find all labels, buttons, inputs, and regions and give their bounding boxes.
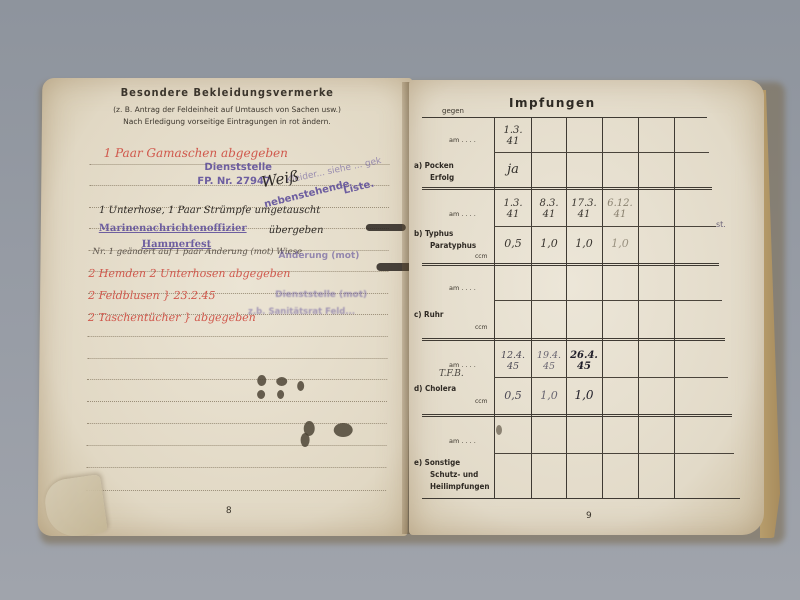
column-line bbox=[602, 118, 603, 498]
entry-taschentuecher: 2 Taschentücher } abgegeben bbox=[88, 311, 256, 324]
entry-feldblusen: 2 Feldblusen } 23.2.45 bbox=[88, 289, 216, 302]
page-number-right: 9 bbox=[586, 511, 592, 521]
left-page-subtitle-2: Nach Erledigung vorseitige Eintragungen … bbox=[42, 117, 412, 126]
section-divider bbox=[422, 414, 732, 417]
section-a-label: a) Pocken Erfolg bbox=[414, 160, 454, 184]
ccm-label: ccm bbox=[475, 398, 487, 405]
section-b-line2: Paratyphus bbox=[414, 240, 476, 252]
column-line bbox=[674, 118, 675, 498]
entry-uebergeben: übergeben bbox=[269, 225, 324, 236]
am-label: am . . . . bbox=[449, 210, 476, 218]
row-divider bbox=[494, 453, 734, 454]
section-a-line1: a) Pocken bbox=[414, 160, 454, 172]
am-label: am . . . . bbox=[449, 284, 476, 292]
ccm-label: ccm bbox=[475, 324, 487, 331]
typhus-ccm-3: 1,0 bbox=[567, 238, 601, 249]
cholera-ccm-2: 1,0 bbox=[532, 390, 566, 401]
stamp-marine: Marinenachrichtenoffizier bbox=[99, 223, 247, 234]
table-bottom-rule bbox=[422, 498, 740, 499]
row-divider bbox=[494, 226, 716, 227]
pocken-date-1: 1.3. 41 bbox=[497, 125, 529, 147]
stain bbox=[297, 381, 304, 391]
stain bbox=[276, 377, 287, 386]
gegen-label: gegen bbox=[442, 107, 464, 115]
column-line bbox=[531, 118, 532, 498]
stain bbox=[334, 423, 353, 437]
section-divider bbox=[422, 338, 725, 341]
stain bbox=[257, 390, 265, 399]
column-line bbox=[566, 118, 567, 498]
entry-gamaschen: 1 Paar Gamaschen abgegeben bbox=[104, 146, 288, 160]
row-divider bbox=[494, 377, 728, 378]
ruled-line bbox=[86, 467, 386, 468]
am-label: am . . . . bbox=[449, 361, 476, 369]
stain bbox=[257, 375, 266, 386]
page-number-left: 8 bbox=[226, 506, 232, 516]
row-divider bbox=[494, 152, 709, 153]
section-e-label: e) Sonstige Schutz- und Heilimpfungen bbox=[414, 457, 490, 493]
ruled-line bbox=[87, 379, 387, 380]
stain bbox=[496, 425, 502, 435]
entry-hemden: 2 Hemden 2 Unterhosen abgegeben bbox=[88, 267, 290, 280]
column-line bbox=[494, 118, 495, 498]
section-e-line3: Heilimpfungen bbox=[414, 481, 490, 493]
cholera-ccm-1: 0,5 bbox=[496, 390, 530, 401]
stamp-hammerfest: Hammerfest bbox=[142, 239, 212, 250]
cholera-date-2: 19.4. 45 bbox=[532, 350, 566, 372]
pocken-erfolg-1: ja bbox=[497, 164, 529, 175]
ruled-line bbox=[86, 490, 386, 491]
left-page-title: Besondere Bekleidungsvermerke bbox=[42, 86, 412, 99]
typhus-ccm-4: 1,0 bbox=[603, 238, 637, 249]
stain bbox=[277, 390, 284, 399]
row-divider bbox=[494, 300, 722, 301]
cholera-ccm-3: 1,0 bbox=[567, 390, 601, 401]
am-label: am . . . . bbox=[449, 136, 476, 144]
stamp-bottom-2: z.b. Sanitätsrat Feld... bbox=[248, 307, 355, 317]
ccm-label: ccm bbox=[475, 253, 487, 260]
ruled-line bbox=[88, 336, 388, 337]
stamp-dienststelle: Dienststelle bbox=[204, 162, 272, 173]
cholera-date-1: 12.4. 45 bbox=[496, 350, 530, 372]
section-b-line1: b) Typhus bbox=[414, 228, 476, 240]
section-e-line2: Schutz- und bbox=[414, 469, 490, 481]
section-b-label: b) Typhus Paratyphus bbox=[414, 228, 476, 252]
section-divider bbox=[422, 263, 719, 266]
margin-note: st. bbox=[716, 220, 726, 229]
section-a-line2: Erfolg bbox=[414, 172, 454, 184]
typhus-ccm-2: 1,0 bbox=[532, 238, 566, 249]
ruled-line bbox=[87, 445, 387, 446]
ruled-line bbox=[87, 358, 387, 359]
table-top-rule bbox=[422, 117, 707, 118]
right-page: Impfungen gegen am . . . . a) Pocken Erf… bbox=[409, 80, 764, 535]
typhus-date-1: 1.3. 41 bbox=[496, 198, 530, 220]
stamp-bottom: Dienststelle (mot) bbox=[275, 290, 367, 300]
section-d-label: d) Cholera bbox=[414, 383, 456, 395]
section-e-line1: e) Sonstige bbox=[414, 457, 490, 469]
typhus-date-4: 6.12. 41 bbox=[603, 198, 637, 220]
cholera-date-3: 26.4. 45 bbox=[567, 350, 601, 372]
left-page-subtitle-1: (z. B. Antrag der Feldeinheit auf Umtaus… bbox=[42, 105, 412, 114]
typhus-ccm-1: 0,5 bbox=[496, 238, 530, 249]
am-label: am . . . . bbox=[449, 437, 476, 445]
entry-unterhose: 1 Unterhose, 1 Paar Strümpfe umgetauscht bbox=[99, 205, 320, 216]
typhus-date-3: 17.3. 41 bbox=[567, 198, 601, 220]
right-page-title: Impfungen bbox=[509, 96, 596, 110]
cholera-note: T.F.B. bbox=[439, 369, 464, 379]
left-page: Besondere Bekleidungsvermerke (z. B. Ant… bbox=[38, 78, 413, 536]
stamp-anderung: Änderung (mot) bbox=[278, 251, 359, 261]
ink-blot bbox=[366, 224, 406, 231]
column-line bbox=[638, 118, 639, 498]
typhus-date-2: 8.3. 41 bbox=[532, 198, 566, 220]
ruled-line bbox=[87, 401, 387, 402]
section-c-label: c) Ruhr bbox=[414, 309, 443, 321]
section-divider bbox=[422, 187, 712, 190]
